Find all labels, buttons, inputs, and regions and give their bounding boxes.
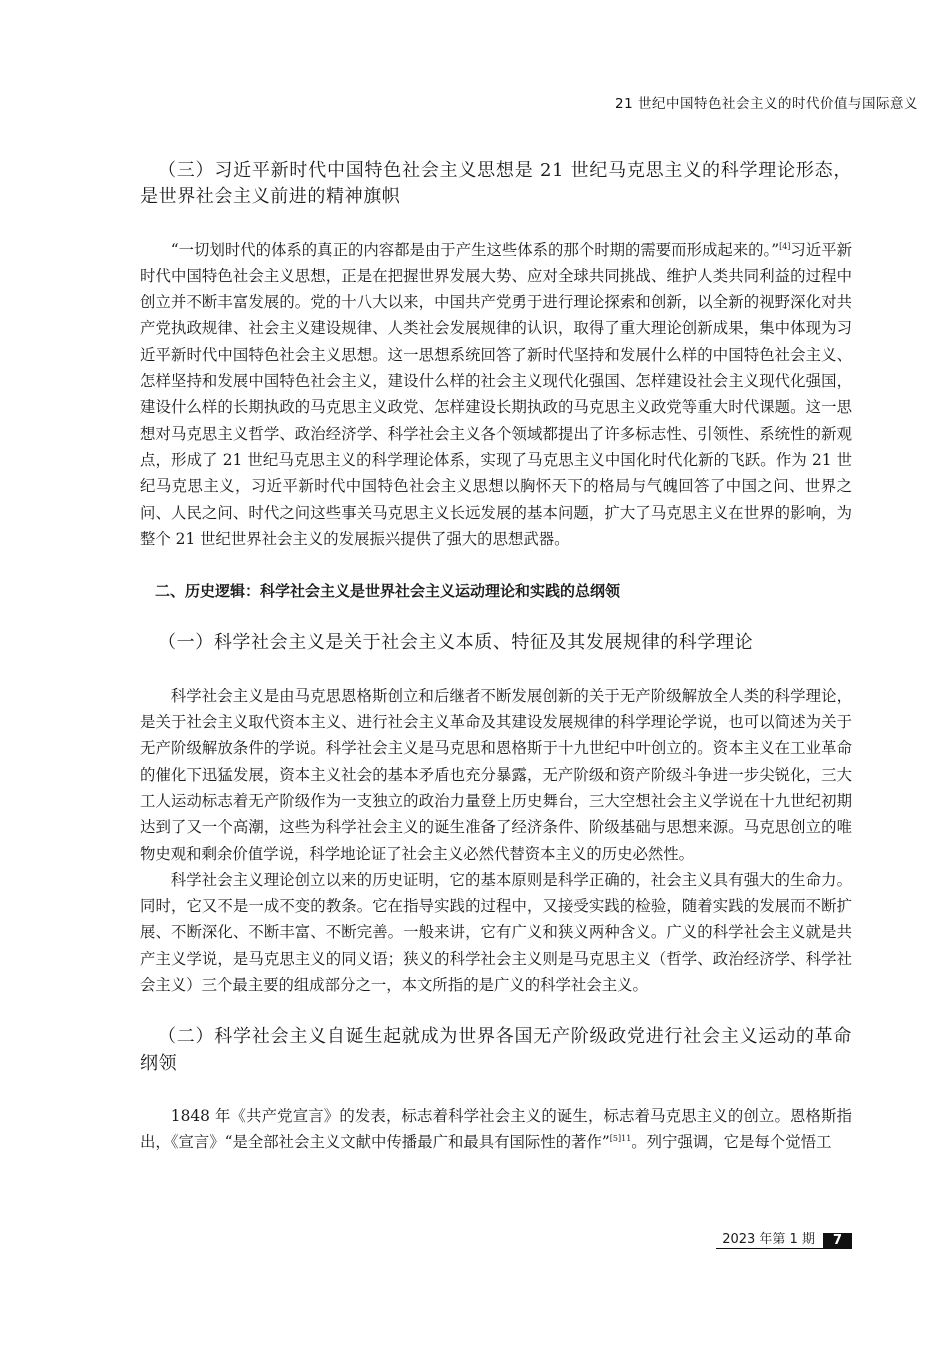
- article-body: （三）习近平新时代中国特色社会主义思想是 21 世纪马克思主义的科学理论形态，是…: [140, 158, 852, 1156]
- paragraph: 科学社会主义理论创立以来的历史证明，它的基本原则是科学正确的，社会主义具有强大的…: [140, 867, 852, 998]
- issue-label: 2023 年第 1 期: [716, 1228, 823, 1249]
- citation-ref: [4]: [779, 242, 790, 251]
- page-footer: 2023 年第 1 期 7: [716, 1228, 852, 1249]
- subsection-heading-1: （一）科学社会主义是关于社会主义本质、特征及其发展规律的科学理论: [140, 630, 852, 656]
- paragraph: 科学社会主义是由马克思恩格斯创立和后继者不断发展创新的关于无产阶级解放全人类的科…: [140, 683, 852, 867]
- page-number: 7: [823, 1233, 852, 1249]
- subsection-heading-2: （二）科学社会主义自诞生起就成为世界各国无产阶级政党进行社会主义运动的革命纲领: [140, 1024, 852, 1077]
- section-heading-2: 二、历史逻辑：科学社会主义是世界社会主义运动理论和实践的总纲领: [140, 578, 852, 604]
- paragraph: “一切划时代的体系的真正的内容都是由于产生这些体系的那个时期的需要而形成起来的。…: [140, 237, 852, 553]
- subsection-heading-3: （三）习近平新时代中国特色社会主义思想是 21 世纪马克思主义的科学理论形态，是…: [140, 158, 852, 211]
- paragraph: 1848 年《共产党宣言》的发表，标志着科学社会主义的诞生，标志着马克思主义的创…: [140, 1103, 852, 1156]
- citation-ref: [5]11: [610, 1134, 632, 1143]
- running-head: 21 世纪中国特色社会主义的时代价值与国际意义: [615, 92, 918, 112]
